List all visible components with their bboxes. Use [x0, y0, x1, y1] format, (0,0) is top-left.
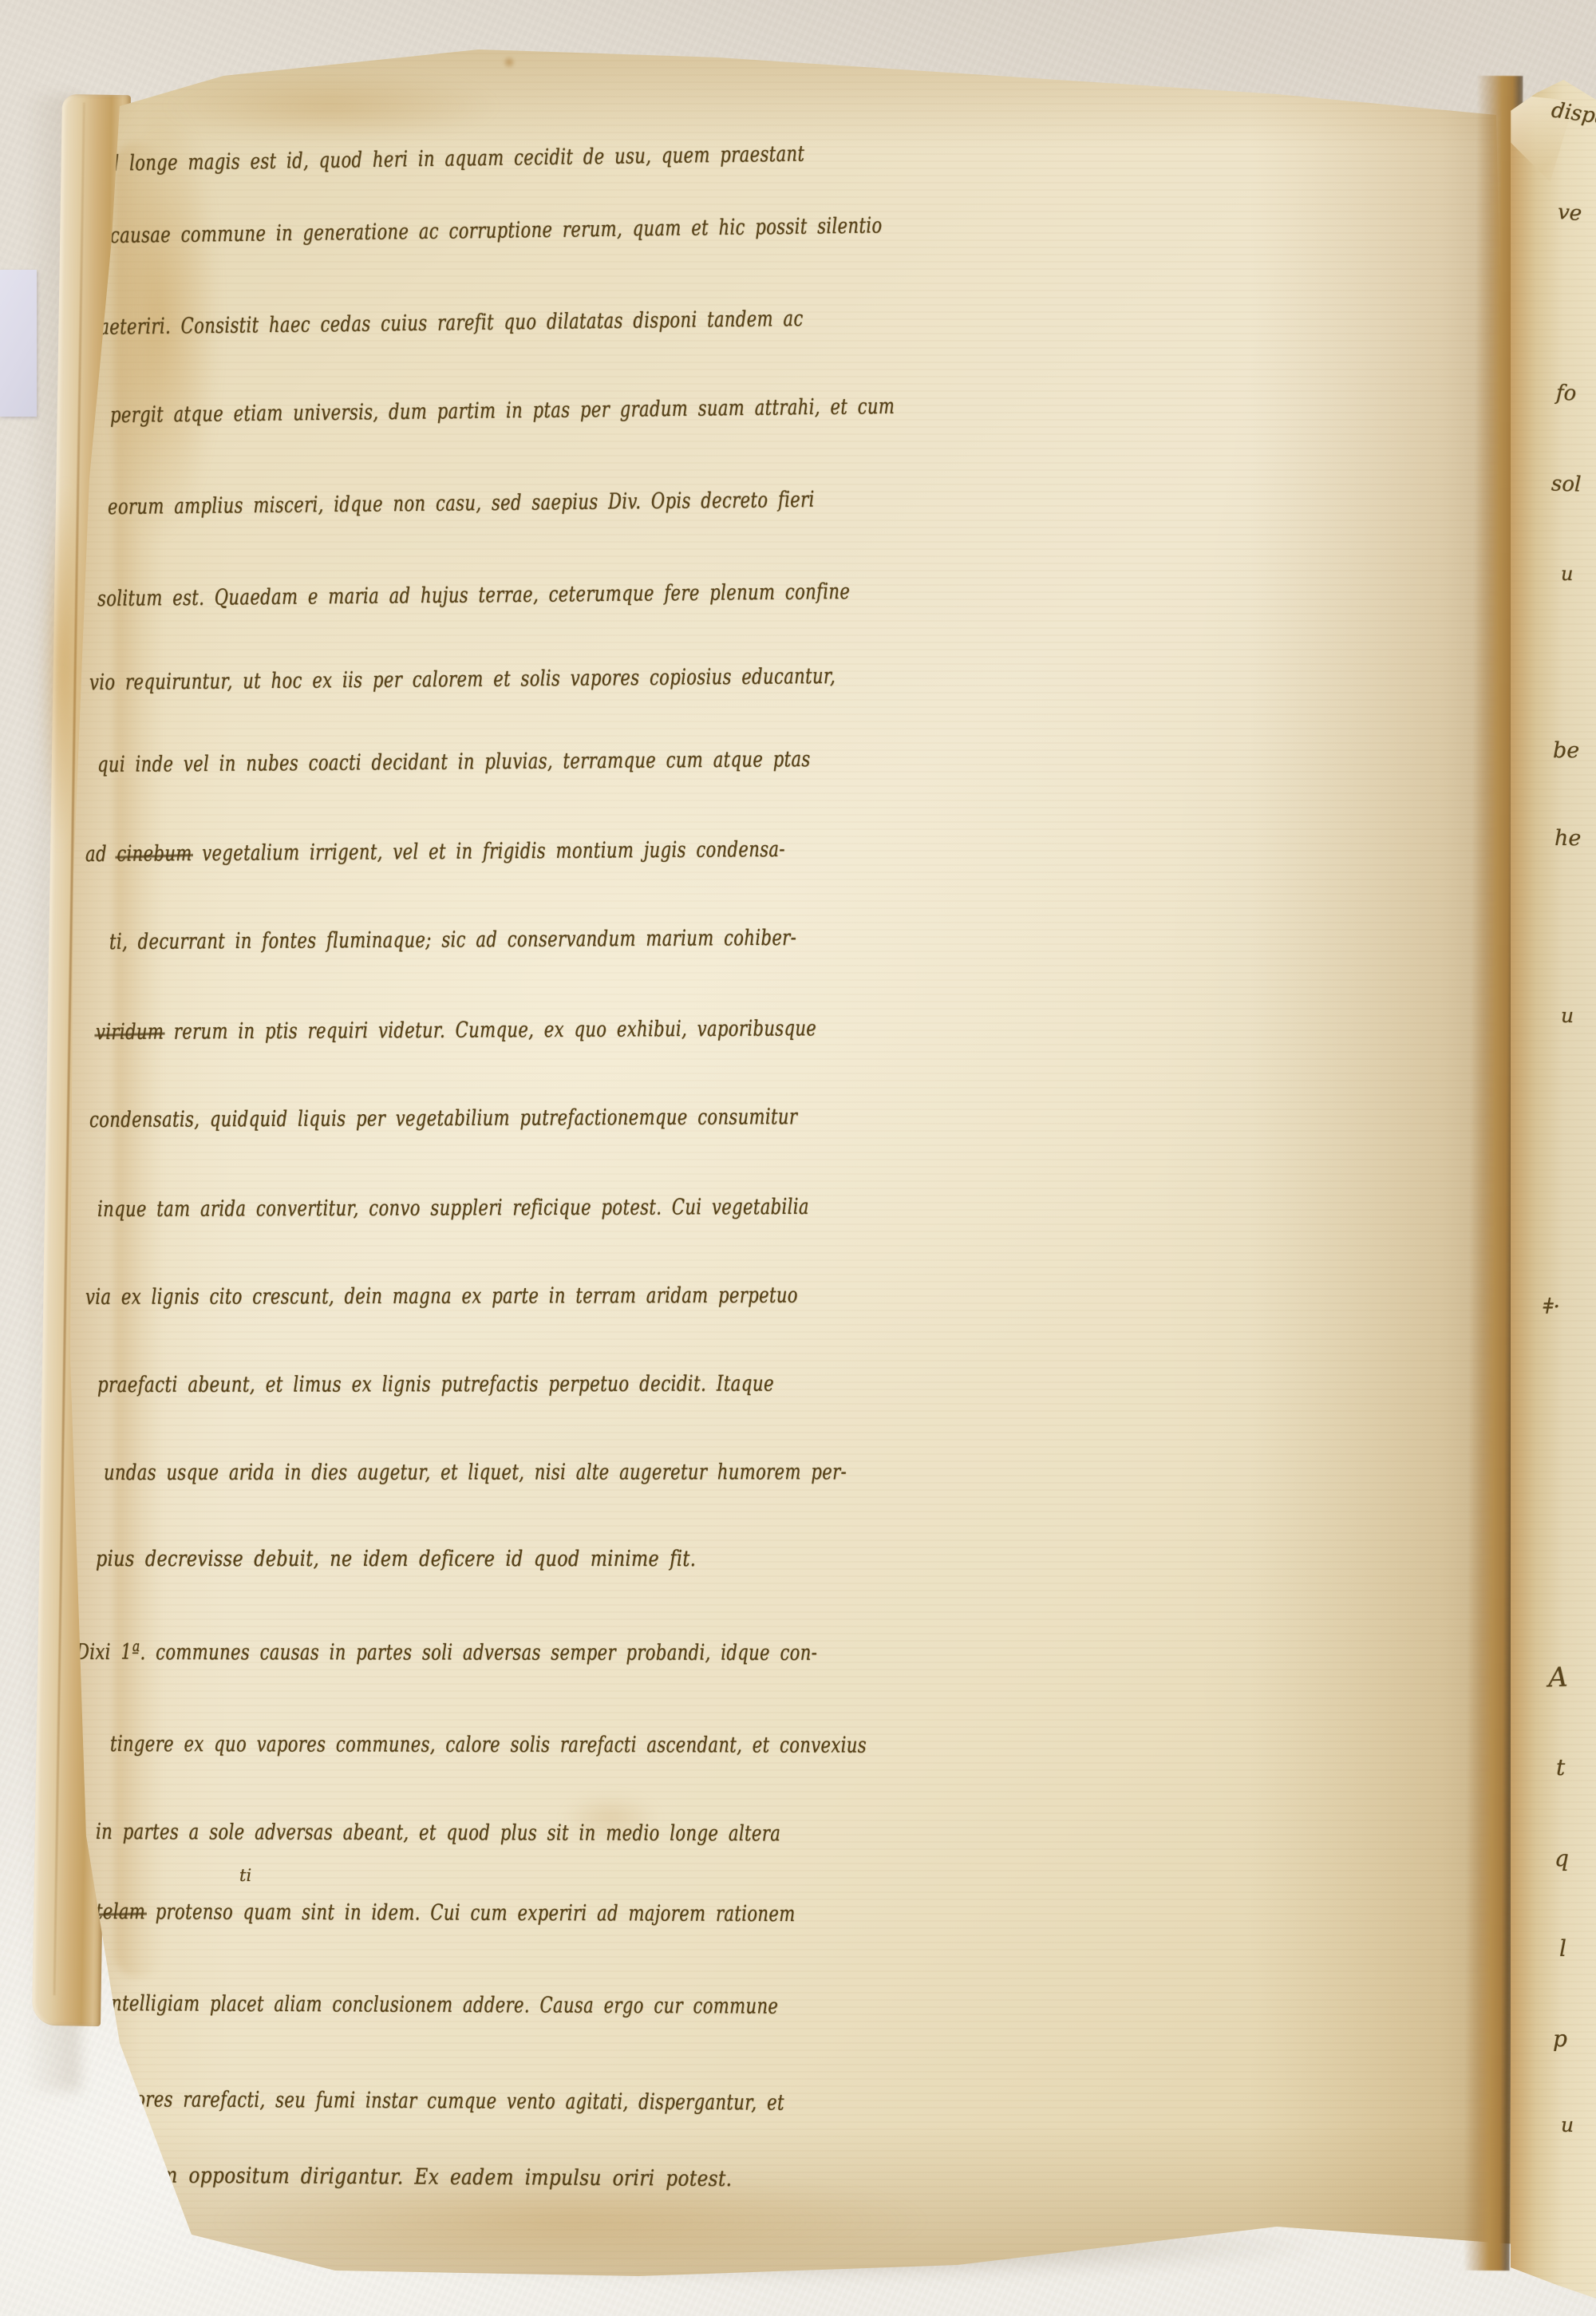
facing-page-text-fragment: t — [1556, 1754, 1565, 1780]
facing-page-text-fragment: l — [1559, 1935, 1566, 1962]
manuscript-line: pergit atque etiam universis, dum partim… — [110, 394, 895, 428]
manuscript-line: solitum est. Quaedam e maria ad hujus te… — [97, 579, 850, 611]
manuscript-line: inque tam arida convertitur, convo suppl… — [97, 1195, 809, 1222]
interlinear-insertion: ti — [239, 1866, 251, 1885]
facing-page-text-fragment: u — [1561, 1004, 1574, 1027]
blue-page-marker-tab — [0, 270, 37, 417]
manuscript-line: vio requiruntur, ut hoc ex iis per calor… — [89, 664, 836, 695]
struck-word: cinebum — [117, 841, 192, 867]
manuscript-line: intelligiam placet aliam conclusionem ad… — [105, 1991, 778, 2019]
manuscript-line: ad idem oppositum dirigantur. Ex eadem i… — [96, 2163, 733, 2192]
facing-page-text-fragment: p — [1553, 2026, 1567, 2052]
manuscript-line: via ex lignis cito crescunt, dein magna … — [85, 1283, 798, 1310]
manuscript-line: ti, decurrant in fontes fluminaque; sic … — [109, 926, 796, 954]
facing-page-edge: dispavefosolubeheuǂ·Atqlpu — [1511, 80, 1596, 2298]
manuscript-line: undas usque arida in dies augetur, et li… — [104, 1460, 847, 1485]
struck-word: telam — [96, 1899, 145, 1924]
marginal-mark: ǂ· — [1543, 1294, 1560, 1319]
facing-page-text-fragment: sol — [1551, 472, 1581, 496]
manuscript-line: telam protenso quam sint in idem. Cui cu… — [96, 1899, 796, 1927]
manuscript-line: praefacti abeunt, et limus ex lignis put… — [97, 1372, 774, 1397]
facing-page-text-fragment: he — [1555, 826, 1581, 851]
manuscript-line: qui inde vel in nubes coacti decidant in… — [97, 747, 811, 777]
manuscript-left-page: Sed longe magis est id, quod heri in aqu… — [68, 46, 1544, 2281]
manuscript-line: condensatis, quidquid liquis per vegetab… — [89, 1105, 797, 1132]
facing-page-text-fragment: ve — [1557, 200, 1582, 226]
manuscript-line: causae commune in generatione ac corrupt… — [110, 213, 883, 248]
water-stain — [164, 70, 499, 142]
manuscript-line: tingere ex quo vapores communes, calore … — [110, 1732, 867, 1758]
manuscript-line: Dixi 1ª. communes causas in partes soli … — [76, 1640, 817, 1666]
manuscript-line: eorum amplius misceri, idque non casu, s… — [108, 488, 815, 520]
facing-page-text-fragment: fo — [1555, 381, 1576, 406]
manuscript-line: vapores rarefacti, seu fumi instar cumqu… — [104, 2087, 784, 2115]
facing-page-text-fragment: q — [1555, 1845, 1569, 1871]
manuscript-line: viridum rerum in ptis requiri videtur. C… — [96, 1016, 816, 1045]
facing-page-text-fragment: u — [1561, 563, 1573, 585]
manuscript-line: ad cinebum vegetalium irrigent, vel et i… — [85, 837, 785, 867]
manuscript-line: in partes a sole adversas abeant, et quo… — [96, 1820, 780, 1846]
manuscript-line: pius decrevisse debuit, ne idem deficere… — [96, 1547, 696, 1571]
facing-page-text-fragment: u — [1561, 2113, 1574, 2136]
facing-page-text-fragment: be — [1553, 738, 1579, 763]
manuscript-photo: { "manuscript": { "lines": [ "Sed longe … — [0, 0, 1596, 2316]
fox-spot — [503, 56, 516, 69]
facing-page-text-fragment: A — [1547, 1662, 1568, 1694]
struck-word: viridum — [96, 1020, 164, 1045]
